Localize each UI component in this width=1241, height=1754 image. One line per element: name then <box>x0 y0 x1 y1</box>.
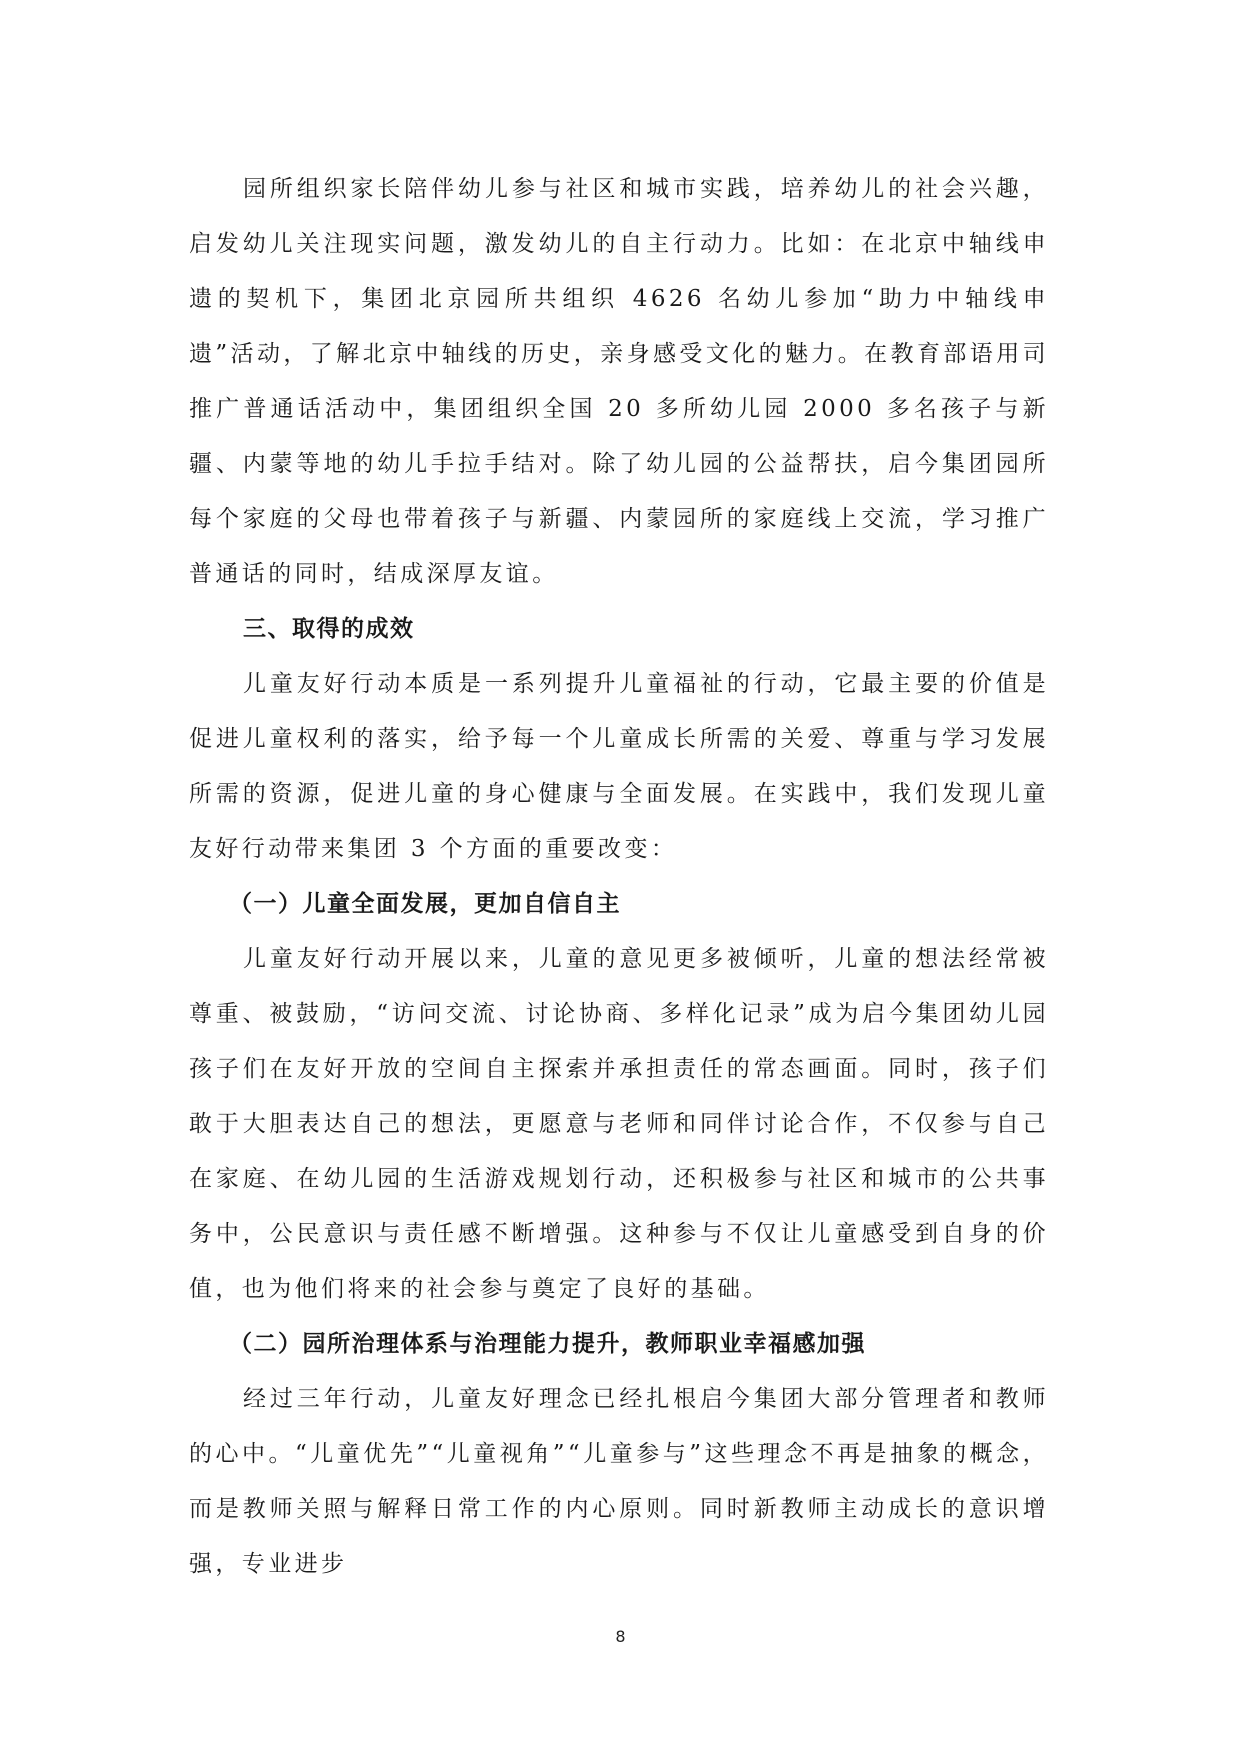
section-heading-results: 三、取得的成效 <box>189 602 1049 657</box>
subheading-child-development: （一）儿童全面发展，更加自信自主 <box>189 877 1049 932</box>
subheading-governance: （二）园所治理体系与治理能力提升，教师职业幸福感加强 <box>189 1317 1049 1372</box>
paragraph-community-practice: 园所组织家长陪伴幼儿参与社区和城市实践，培养幼儿的社会兴趣，启发幼儿关注现实问题… <box>189 162 1049 602</box>
paragraph-child-development: 儿童友好行动开展以来，儿童的意见更多被倾听，儿童的想法经常被尊重、被鼓励，“访问… <box>189 932 1049 1317</box>
paragraph-results-intro: 儿童友好行动本质是一系列提升儿童福祉的行动，它最主要的价值是促进儿童权利的落实，… <box>189 657 1049 877</box>
page-number: 8 <box>0 1627 1241 1646</box>
paragraph-governance: 经过三年行动，儿童友好理念已经扎根启今集团大部分管理者和教师的心中。“儿童优先”… <box>189 1372 1049 1592</box>
document-page: 园所组织家长陪伴幼儿参与社区和城市实践，培养幼儿的社会兴趣，启发幼儿关注现实问题… <box>189 162 1049 1592</box>
